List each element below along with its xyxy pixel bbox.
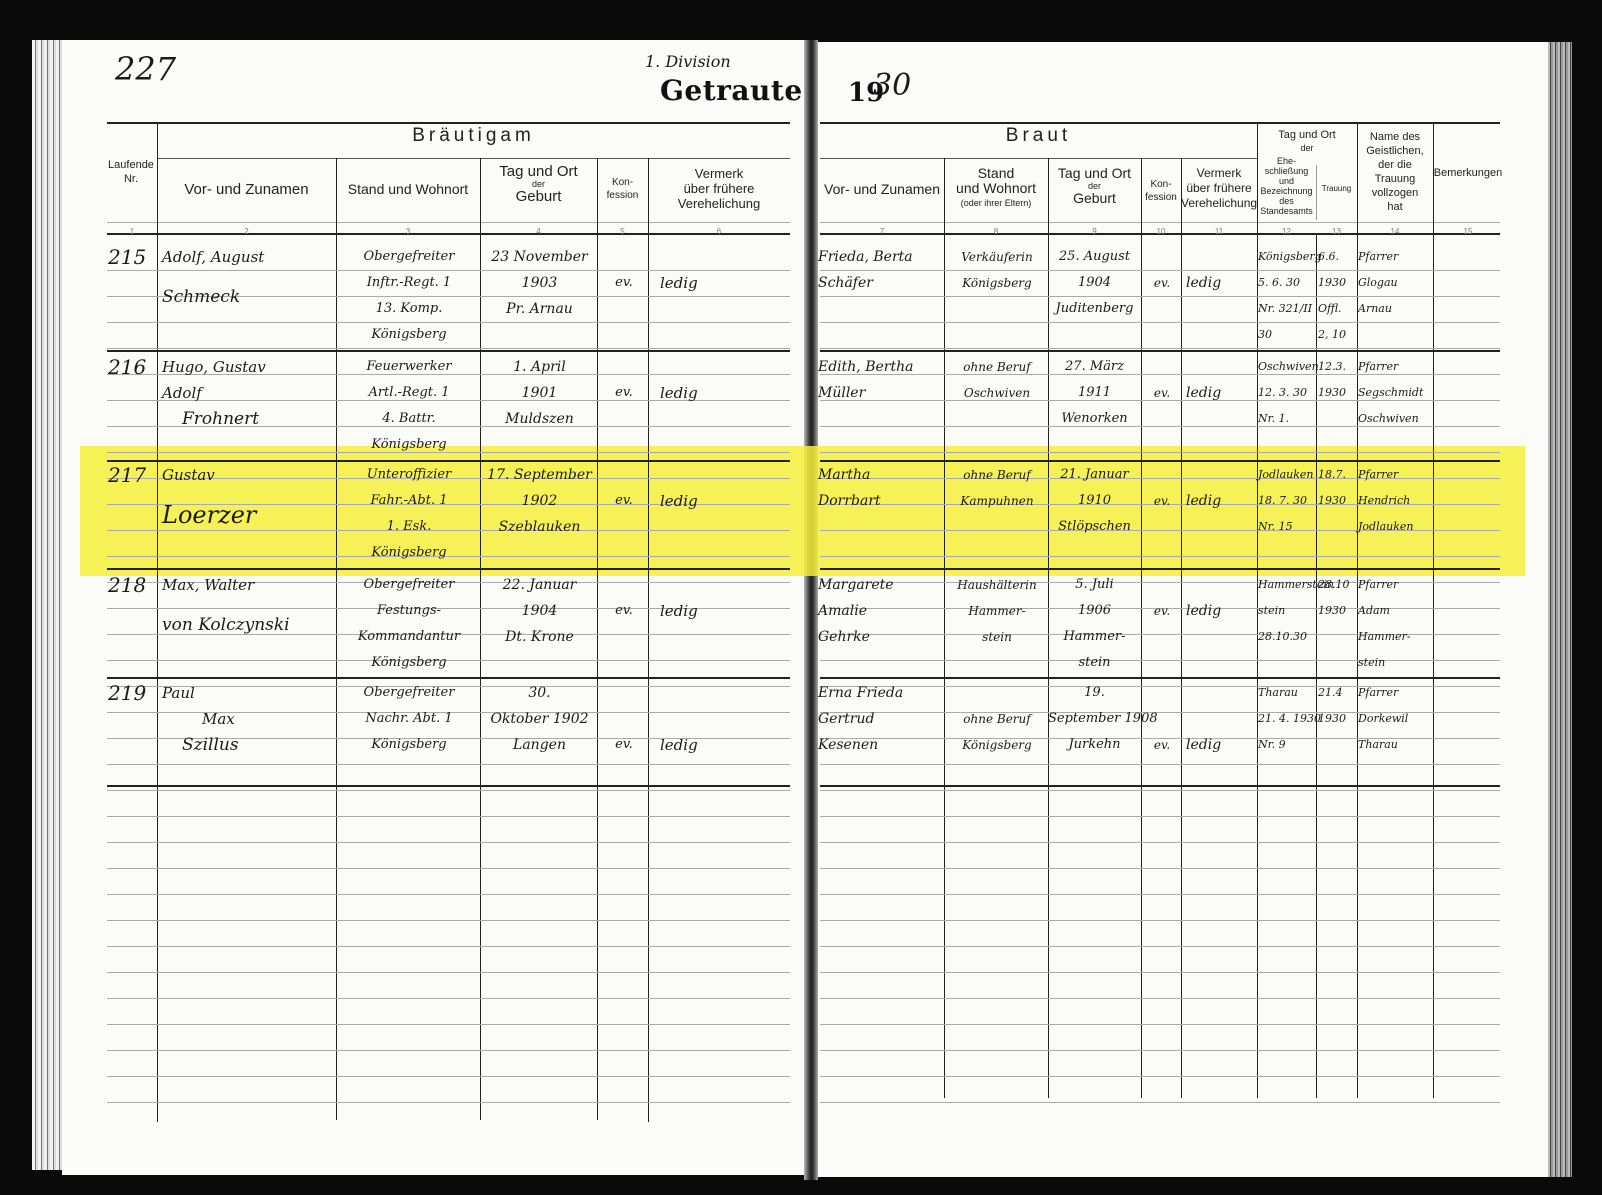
bride-name: Amalie	[818, 598, 867, 624]
groom-first-names: Paul	[162, 680, 195, 706]
header-line: der die	[1357, 158, 1433, 172]
header-line: Geburt	[480, 189, 597, 204]
trauung-datum: 1930	[1318, 380, 1346, 406]
bride-vermerk: ledig	[1186, 598, 1221, 624]
braeutigam-subrule	[157, 158, 790, 159]
bride-name: Edith, Bertha	[818, 354, 913, 380]
ruled-line	[107, 1076, 790, 1077]
geistlicher-name: Oschwiven	[1358, 406, 1419, 432]
header-line: Stand	[944, 166, 1048, 181]
groom-birth: Dt. Krone	[482, 624, 597, 650]
header-line: des	[1257, 196, 1316, 206]
eheschliessung-ort: Tharau	[1258, 680, 1298, 706]
bride-stand-wohnort: Königsberg	[945, 270, 1049, 296]
col-divider	[1433, 122, 1434, 1098]
bride-name: Gehrke	[818, 624, 870, 650]
header-groom-name: Vor- und Zunamen	[157, 182, 336, 197]
ruled-line	[107, 998, 790, 999]
groom-stand-wohnort: Inftr.-Regt. 1	[338, 270, 480, 296]
bride-stand-wohnort: Verkäuferin	[945, 244, 1049, 270]
bride-birth: September 1908	[1048, 706, 1141, 732]
header-laufende-nr: Laufende Nr.	[105, 158, 157, 186]
geistlicher-name: stein	[1358, 650, 1385, 676]
ruled-line	[107, 348, 790, 349]
eheschliessung-ort: 12. 3. 30	[1258, 380, 1307, 406]
bride-vermerk: ledig	[1186, 488, 1221, 514]
ruled-line	[820, 920, 1500, 921]
ruled-line	[820, 764, 1500, 765]
header-line: Tag und Ort	[480, 164, 597, 179]
book-gutter	[804, 40, 818, 1180]
ruled-line	[107, 946, 790, 947]
eheschliessung-ort: 5. 6. 30	[1258, 270, 1300, 296]
colnum-rule-right	[820, 222, 1500, 223]
groom-first-names: Max, Walter	[162, 572, 254, 598]
groom-surname: von Kolczynski	[162, 612, 290, 638]
bride-birth: 1911	[1048, 380, 1141, 406]
bride-birth: Jurkehn	[1048, 732, 1141, 758]
header-bride-name: Vor- und Zunamen	[820, 182, 944, 197]
bride-stand-wohnort: Königsberg	[945, 732, 1049, 758]
trauung-datum: 6.6.	[1318, 244, 1339, 270]
ruled-line	[820, 894, 1500, 895]
ruled-line	[820, 660, 1500, 661]
bride-name: Gertrud	[818, 706, 874, 732]
geistlicher-name: Jodlauken	[1358, 514, 1414, 540]
entry-number: 217	[108, 462, 146, 488]
groom-birth: 1902	[482, 488, 597, 514]
groom-first-names: Gustav	[162, 462, 215, 488]
header-bride-vermerk: Vermerk über frühere Verehelichung	[1181, 166, 1257, 211]
groom-stand-wohnort: Nachr. Abt. 1	[338, 706, 480, 732]
groom-birth: Pr. Arnau	[482, 296, 597, 322]
page-number: 227	[115, 50, 176, 88]
col-number: 13	[1316, 224, 1357, 239]
groom-stand-wohnort: Feuerwerker	[338, 354, 480, 380]
bride-stand-wohnort: Oschwiven	[945, 380, 1049, 406]
groom-stand-wohnort: Königsberg	[338, 732, 480, 758]
header-braeutigam: Bräutigam	[157, 128, 790, 143]
groom-birth: Muldszen	[482, 406, 597, 432]
ruled-line	[820, 1050, 1500, 1051]
header-groom-vermerk: Vermerk über frühere Verehelichung	[648, 166, 790, 211]
bride-birth: Stlöpschen	[1048, 514, 1141, 540]
entry-number: 215	[108, 244, 146, 270]
eheschliessung-ort: Nr. 9	[1258, 732, 1286, 758]
entry-separator	[820, 785, 1500, 787]
bride-stand-wohnort: Kampuhnen	[945, 488, 1049, 514]
trauung-datum: 1930	[1318, 706, 1346, 732]
eheschliessung-ort: Nr. 1.	[1258, 406, 1289, 432]
bride-name: Margarete	[818, 572, 894, 598]
bride-vermerk: ledig	[1186, 732, 1221, 758]
header-line: Tag und Ort	[1257, 128, 1357, 143]
groom-konfession: ev.	[600, 488, 648, 514]
trauung-datum: 1930	[1318, 598, 1346, 624]
bride-konfession: ev.	[1143, 270, 1181, 296]
bride-birth: Juditenberg	[1048, 296, 1141, 322]
geistlicher-name: Dorkewil	[1358, 706, 1408, 732]
bride-vermerk: ledig	[1186, 380, 1221, 406]
bride-vermerk: ledig	[1186, 270, 1221, 296]
ruled-line	[820, 296, 1500, 297]
groom-stand-wohnort: Königsberg	[338, 432, 480, 458]
geistlicher-name: Segschmidt	[1358, 380, 1423, 406]
header-line: Ehe-	[1257, 156, 1316, 166]
header-line: Kon-	[1141, 178, 1181, 191]
header-braut: Braut	[820, 128, 1257, 143]
groom-stand-wohnort: Obergefreiter	[338, 680, 480, 706]
trauung-datum: 18.7.	[1318, 462, 1346, 488]
ruled-line	[820, 452, 1500, 453]
header-line: über frühere	[648, 181, 790, 196]
bride-stand-wohnort: Hammer-	[945, 598, 1049, 624]
table-top-rule-right	[820, 122, 1500, 124]
bride-konfession: ev.	[1143, 488, 1181, 514]
entry-separator	[107, 785, 790, 787]
trauung-datum: 1930	[1318, 270, 1346, 296]
groom-birth: Langen	[482, 732, 597, 758]
bride-name: Frieda, Berta	[818, 244, 913, 270]
ruled-line	[820, 1102, 1500, 1103]
ruled-line	[107, 894, 790, 895]
col-number: 11	[1181, 224, 1257, 239]
ruled-line	[820, 816, 1500, 817]
eheschliessung-ort: 28.10.30	[1258, 624, 1307, 650]
header-line: Standesamts	[1257, 206, 1316, 216]
bride-konfession: ev.	[1143, 380, 1181, 406]
groom-stand-wohnort: Artl.-Regt. 1	[338, 380, 480, 406]
col-number: 10	[1141, 224, 1181, 239]
header-line: Tag und Ort	[1048, 166, 1141, 181]
groom-stand-wohnort: Obergefreiter	[338, 572, 480, 598]
groom-birth: 30.	[482, 680, 597, 706]
header-line: Geburt	[1048, 191, 1141, 206]
entry-separator	[107, 677, 790, 679]
col-number: 9	[1048, 224, 1141, 239]
trauung-datum: 2, 10	[1318, 322, 1346, 348]
ruled-line	[107, 868, 790, 869]
groom-konfession: ev.	[600, 270, 648, 296]
ruled-line	[820, 322, 1500, 323]
ruled-line	[820, 556, 1500, 557]
header-line: und Wohnort	[944, 181, 1048, 196]
groom-first-names: Adolf, August	[162, 244, 264, 270]
register-title: Getraute	[660, 74, 803, 107]
bride-birth: 27. März	[1048, 354, 1141, 380]
groom-surname: Frohnert	[182, 406, 259, 432]
bride-konfession: ev.	[1143, 598, 1181, 624]
eheschliessung-ort: Nr. 15	[1258, 514, 1293, 540]
groom-vermerk: ledig	[660, 380, 698, 406]
entry-separator	[107, 568, 790, 570]
header-line: fession	[1141, 191, 1181, 204]
header-line: Kon-	[597, 176, 648, 189]
ruled-line	[820, 790, 1500, 791]
col-divider	[480, 158, 481, 1120]
trauung-datum: 12.3.	[1318, 354, 1346, 380]
header-bride-stand: Stand und Wohnort (oder ihrer Eltern)	[944, 166, 1048, 211]
ruled-line	[107, 842, 790, 843]
bride-birth: 21. Januar	[1048, 462, 1141, 488]
geistlicher-name: Hammer-	[1358, 624, 1411, 650]
groom-first-names: Hugo, Gustav	[162, 354, 266, 380]
groom-konfession: ev.	[600, 380, 648, 406]
book-page-edges-left	[32, 40, 62, 1170]
bride-name: Erna Frieda	[818, 680, 903, 706]
table-top-rule-left	[107, 122, 790, 124]
bride-name: Kesenen	[818, 732, 878, 758]
groom-vermerk: ledig	[660, 598, 698, 624]
groom-middle-name: Max	[202, 706, 235, 732]
groom-birth: Szeblauken	[482, 514, 597, 540]
col-number: 2	[157, 224, 336, 239]
entry-separator	[107, 350, 790, 352]
col-number: 6	[648, 224, 790, 239]
groom-vermerk: ledig	[660, 732, 698, 758]
trauung-datum: 28.10	[1318, 572, 1350, 598]
bride-stand-wohnort: ohne Beruf	[945, 354, 1049, 380]
header-line: (oder ihrer Eltern)	[944, 196, 1048, 211]
groom-birth: 17. September	[482, 462, 597, 488]
groom-stand-wohnort: Fahr.-Abt. 1	[338, 488, 480, 514]
geistlicher-name: Hendrich	[1358, 488, 1410, 514]
bride-name: Martha	[818, 462, 870, 488]
top-note: 1. Division	[645, 52, 731, 71]
bride-name: Schäfer	[818, 270, 873, 296]
header-bride-konfession: Kon- fession	[1141, 178, 1181, 204]
groom-surname: Loerzer	[162, 502, 256, 528]
groom-surname: Schmeck	[162, 284, 240, 310]
bride-birth: 25. August	[1048, 244, 1141, 270]
groom-stand-wohnort: 13. Komp.	[338, 296, 480, 322]
groom-stand-wohnort: Unteroffizier	[338, 462, 480, 488]
header-line: Name des	[1357, 130, 1433, 144]
ruled-line	[820, 842, 1500, 843]
groom-stand-wohnort: 1. Esk.	[338, 514, 480, 540]
ruled-line	[820, 1024, 1500, 1025]
ruled-line	[107, 1102, 790, 1103]
bride-birth: 1904	[1048, 270, 1141, 296]
header-line: Vermerk	[648, 166, 790, 181]
groom-birth: 23 November	[482, 244, 597, 270]
geistlicher-name: Pfarrer	[1358, 680, 1398, 706]
header-trauung: Trauung	[1316, 184, 1357, 194]
eheschliessung-ort: 30	[1258, 322, 1272, 348]
header-line: Verehelichung	[1181, 196, 1257, 211]
trauung-datum: 1930	[1318, 488, 1346, 514]
bride-stand-wohnort: ohne Beruf	[945, 462, 1049, 488]
groom-birth: 1. April	[482, 354, 597, 380]
header-groom-birth: Tag und Ort der Geburt	[480, 164, 597, 204]
bride-birth: 19.	[1048, 680, 1141, 706]
groom-konfession: ev.	[600, 598, 648, 624]
geistlicher-name: Pfarrer	[1358, 462, 1398, 488]
braut-subrule	[820, 158, 1257, 159]
bride-name: Dorrbart	[818, 488, 881, 514]
groom-stand-wohnort: Kommandantur	[338, 624, 480, 650]
groom-birth: 1903	[482, 270, 597, 296]
groom-vermerk: ledig	[660, 270, 698, 296]
col-number: 4	[480, 224, 597, 239]
ruled-line	[820, 348, 1500, 349]
eheschliessung-ort: Nr. 321/II	[1258, 296, 1312, 322]
bride-name: Müller	[818, 380, 865, 406]
header-line: schließung	[1257, 166, 1316, 176]
header-line: vollzogen	[1357, 186, 1433, 200]
book-page-edges-right	[1548, 42, 1572, 1177]
ruled-line	[107, 816, 790, 817]
groom-stand-wohnort: Festungs-	[338, 598, 480, 624]
header-line: fession	[597, 189, 648, 202]
geistlicher-name: Pfarrer	[1358, 572, 1398, 598]
bride-birth: Wenorken	[1048, 406, 1141, 432]
colnum-rule-left	[107, 222, 790, 223]
groom-stand-wohnort: Obergefreiter	[338, 244, 480, 270]
header-groom-stand: Stand und Wohnort	[336, 182, 480, 197]
entry-separator	[820, 677, 1500, 679]
groom-vermerk: ledig	[660, 488, 698, 514]
col-number: 14	[1357, 224, 1433, 239]
ruled-line	[820, 972, 1500, 973]
eheschliessung-ort: 18. 7. 30	[1258, 488, 1307, 514]
groom-stand-wohnort: 4. Battr.	[338, 406, 480, 432]
bride-birth: 5. Juli	[1048, 572, 1141, 598]
col-number: 5	[597, 224, 648, 239]
header-line: Bezeichnung	[1257, 186, 1316, 196]
col-number: 12	[1257, 224, 1316, 239]
eheschliessung-ort: stein	[1258, 598, 1285, 624]
header-line: und	[1257, 176, 1316, 186]
groom-surname: Szillus	[182, 732, 239, 758]
groom-konfession: ev.	[600, 732, 648, 758]
header-groom-konfession: Kon- fession	[597, 176, 648, 202]
bride-birth: Hammer-	[1048, 624, 1141, 650]
groom-stand-wohnort: Königsberg	[338, 322, 480, 348]
ruled-line	[107, 1050, 790, 1051]
groom-birth: Oktober 1902	[482, 706, 597, 732]
col-divider	[648, 158, 649, 1122]
bride-stand-wohnort: stein	[945, 624, 1049, 650]
col-divider	[1141, 158, 1142, 1098]
header-line: Vermerk	[1181, 166, 1257, 181]
ruled-line	[107, 1024, 790, 1025]
eheschliessung-ort: Königsberg	[1258, 244, 1322, 270]
ruled-line	[820, 868, 1500, 869]
entry-number: 219	[108, 680, 146, 706]
groom-stand-wohnort: Königsberg	[338, 540, 480, 566]
groom-birth: 1901	[482, 380, 597, 406]
header-line: der	[1257, 143, 1357, 153]
trauung-datum: Offl.	[1318, 296, 1341, 322]
ruled-line	[107, 764, 790, 765]
geistlicher-name: Pfarrer	[1358, 354, 1398, 380]
bride-birth: stein	[1048, 650, 1141, 676]
groom-middle-name: Adolf	[162, 380, 202, 406]
geistlicher-name: Arnau	[1358, 296, 1392, 322]
entry-number: 218	[108, 572, 146, 598]
bride-stand-wohnort: ohne Beruf	[945, 706, 1049, 732]
header-line: hat	[1357, 200, 1433, 214]
groom-birth: 22. Januar	[482, 572, 597, 598]
eheschliessung-ort: Oschwiven	[1258, 354, 1319, 380]
entry-number: 216	[108, 354, 146, 380]
ruled-line	[820, 1076, 1500, 1077]
header-line: Trauung	[1357, 172, 1433, 186]
header-tag-ort: Tag und Ort der	[1257, 128, 1357, 153]
entry-separator	[820, 568, 1500, 570]
ruled-line	[820, 946, 1500, 947]
header-bride-birth: Tag und Ort der Geburt	[1048, 166, 1141, 206]
bride-konfession: ev.	[1143, 732, 1181, 758]
geistlicher-name: Tharau	[1358, 732, 1398, 758]
col-divider	[1181, 158, 1182, 1098]
ruled-line	[107, 920, 790, 921]
col-divider	[336, 158, 337, 1120]
geistlicher-name: Glogau	[1358, 270, 1398, 296]
col-number: 1	[107, 224, 157, 239]
entry-separator	[820, 350, 1500, 352]
header-eheschliessung: Ehe- schließung und Bezeichnung des Stan…	[1257, 156, 1316, 216]
right-page	[816, 42, 1548, 1177]
col-number: 7	[820, 224, 944, 239]
col-number: 3	[336, 224, 480, 239]
ruled-line	[107, 790, 790, 791]
header-geistlicher: Name des Geistlichen, der die Trauung vo…	[1357, 130, 1433, 214]
eheschliessung-ort: 21. 4. 1930	[1258, 706, 1321, 732]
bride-stand-wohnort: Haushälterin	[945, 572, 1049, 598]
groom-birth: 1904	[482, 598, 597, 624]
col-number: 15	[1433, 224, 1503, 239]
geistlicher-name: Adam	[1358, 598, 1390, 624]
col-divider	[597, 158, 598, 1120]
header-bemerkungen: Bemerkungen	[1433, 166, 1503, 181]
col-number: 8	[944, 224, 1048, 239]
year-handwritten: 30	[873, 68, 911, 103]
bride-birth: 1910	[1048, 488, 1141, 514]
ruled-line	[820, 998, 1500, 999]
geistlicher-name: Pfarrer	[1358, 244, 1398, 270]
header-line: über frühere	[1181, 181, 1257, 196]
ruled-line	[107, 972, 790, 973]
bride-birth: 1906	[1048, 598, 1141, 624]
header-line: Verehelichung	[648, 196, 790, 211]
header-line: Geistlichen,	[1357, 144, 1433, 158]
trauung-datum: 21.4	[1318, 680, 1343, 706]
eheschliessung-ort: Jodlauken	[1258, 462, 1314, 488]
groom-stand-wohnort: Königsberg	[338, 650, 480, 676]
